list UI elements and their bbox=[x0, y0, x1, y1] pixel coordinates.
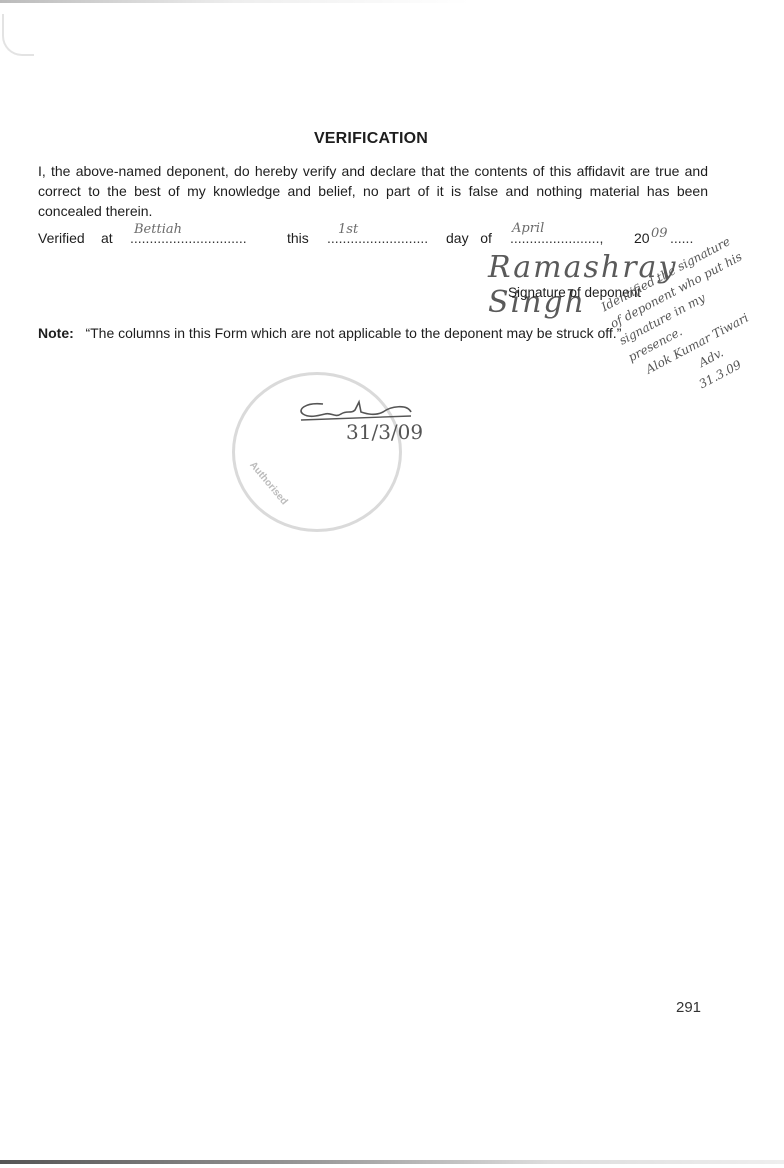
official-stamp bbox=[232, 372, 402, 532]
year-prefix: 20 bbox=[634, 230, 650, 246]
label-this: this bbox=[287, 230, 309, 246]
place-field: Bettiah bbox=[134, 222, 182, 237]
note-text: “The columns in this Form which are not … bbox=[85, 325, 621, 341]
note: Note: “The columns in this Form which ar… bbox=[38, 325, 621, 341]
document-title: VERIFICATION bbox=[0, 130, 742, 148]
day-field: 1st bbox=[338, 222, 358, 237]
year-dots: ...... bbox=[670, 230, 693, 246]
label-day-of: day of bbox=[446, 230, 492, 246]
scan-corner-mark bbox=[2, 14, 34, 56]
month-field: April bbox=[512, 221, 544, 236]
label-at: at bbox=[101, 230, 113, 246]
year-field: 09 bbox=[651, 226, 668, 241]
page-number: 291 bbox=[676, 999, 701, 1016]
scan-bottom-edge bbox=[0, 1160, 784, 1164]
stamp-date: 31/3/09 bbox=[346, 420, 423, 444]
note-label: Note: bbox=[38, 325, 74, 341]
scan-top-edge bbox=[0, 0, 784, 3]
verification-paragraph: I, the above-named deponent, do hereby v… bbox=[38, 161, 708, 221]
label-verified: Verified bbox=[38, 230, 85, 246]
